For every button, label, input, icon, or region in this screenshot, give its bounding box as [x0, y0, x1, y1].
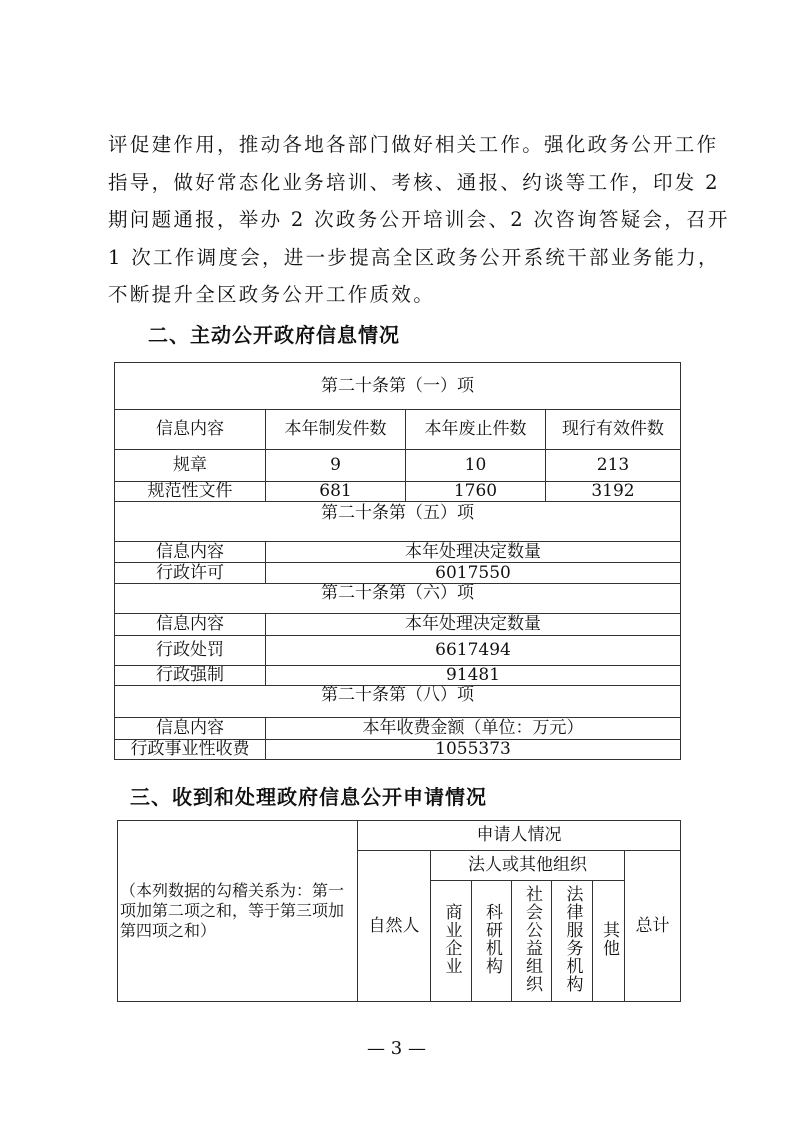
org-type-header: 社会公益组织	[522, 885, 541, 993]
intro-paragraph: 评促建作用，推动各地各部门做好相关工作。强化政务公开工作 指导，做好常态化业务培…	[108, 126, 692, 314]
row-label: 行政事业性收费	[115, 740, 266, 760]
row-label: 行政处罚	[115, 636, 266, 666]
application-handling-table: （本列数据的勾稽关系为：第一项加第二项之和，等于第三项加第四项之和） 申请人情况…	[117, 820, 681, 1002]
paragraph-line: 1 次工作调度会，进一步提高全区政务公开系统干部业务能力，	[108, 239, 692, 277]
row-label: 规章	[115, 450, 266, 482]
paragraph-line: 评促建作用，推动各地各部门做好相关工作。强化政务公开工作	[108, 126, 692, 164]
cell-value: 213	[546, 450, 681, 482]
table-section-title: 第二十条第（八）项	[115, 686, 681, 718]
cell-value: 91481	[266, 666, 681, 686]
row-label: 行政许可	[115, 563, 266, 584]
column-header: 现行有效件数	[546, 410, 681, 450]
paragraph-line: 指导，做好常态化业务培训、考核、通报、约谈等工作，印发 2	[108, 164, 692, 202]
org-type-header: 科研机构	[482, 903, 501, 975]
total-header: 总计	[625, 851, 681, 1002]
table-row: 规章 9 10 213	[115, 450, 681, 482]
paragraph-line: 期问题通报，举办 2 次政务公开培训会、2 次咨询答疑会，召开	[108, 201, 692, 239]
page-number: — 3 —	[0, 1038, 793, 1059]
table-section-title: 第二十条第（一）项	[115, 363, 681, 410]
table-row: 行政许可 6017550	[115, 563, 681, 584]
org-type-header: 法律服务机构	[563, 885, 582, 993]
cell-value: 6617494	[266, 636, 681, 666]
row-label: 行政强制	[115, 666, 266, 686]
column-header: 本年收费金额（单位：万元）	[266, 718, 681, 740]
column-header: 本年处理决定数量	[266, 542, 681, 563]
section-heading-3: 三、收到和处理政府信息公开申请情况	[130, 781, 487, 810]
table-row: 行政事业性收费 1055373	[115, 740, 681, 760]
paragraph-line: 不断提升全区政务公开工作质效。	[108, 276, 692, 314]
section-heading-2: 二、主动公开政府信息情况	[148, 319, 400, 348]
column-header: 本年处理决定数量	[266, 614, 681, 636]
column-header: 信息内容	[115, 718, 266, 740]
table-section-title: 第二十条第（六）项	[115, 584, 681, 614]
natural-person-header: 自然人	[358, 851, 431, 1002]
cell-value: 3192	[546, 482, 681, 502]
cell-value: 1760	[406, 482, 546, 502]
table-row: 行政处罚 6617494	[115, 636, 681, 666]
org-type-header: 其他	[599, 921, 618, 957]
cell-value: 10	[406, 450, 546, 482]
cell-value: 681	[266, 482, 406, 502]
column-header: 本年制发件数	[266, 410, 406, 450]
table-row: 行政强制 91481	[115, 666, 681, 686]
proactive-disclosure-table: 第二十条第（一）项 信息内容 本年制发件数 本年废止件数 现行有效件数 规章 9…	[114, 362, 681, 760]
column-header: 信息内容	[115, 410, 266, 450]
legal-person-header: 法人或其他组织	[431, 851, 625, 881]
column-header: 信息内容	[115, 542, 266, 563]
org-type-header: 商业企业	[442, 903, 461, 975]
column-header: 本年废止件数	[406, 410, 546, 450]
column-header: 信息内容	[115, 614, 266, 636]
applicant-header: 申请人情况	[358, 821, 681, 851]
table-row: 规范性文件 681 1760 3192	[115, 482, 681, 502]
cell-value: 9	[266, 450, 406, 482]
relationship-note: （本列数据的勾稽关系为：第一项加第二项之和，等于第三项加第四项之和）	[118, 821, 358, 1002]
row-label: 规范性文件	[115, 482, 266, 502]
cell-value: 1055373	[266, 740, 681, 760]
table-section-title: 第二十条第（五）项	[115, 502, 681, 542]
cell-value: 6017550	[266, 563, 681, 584]
